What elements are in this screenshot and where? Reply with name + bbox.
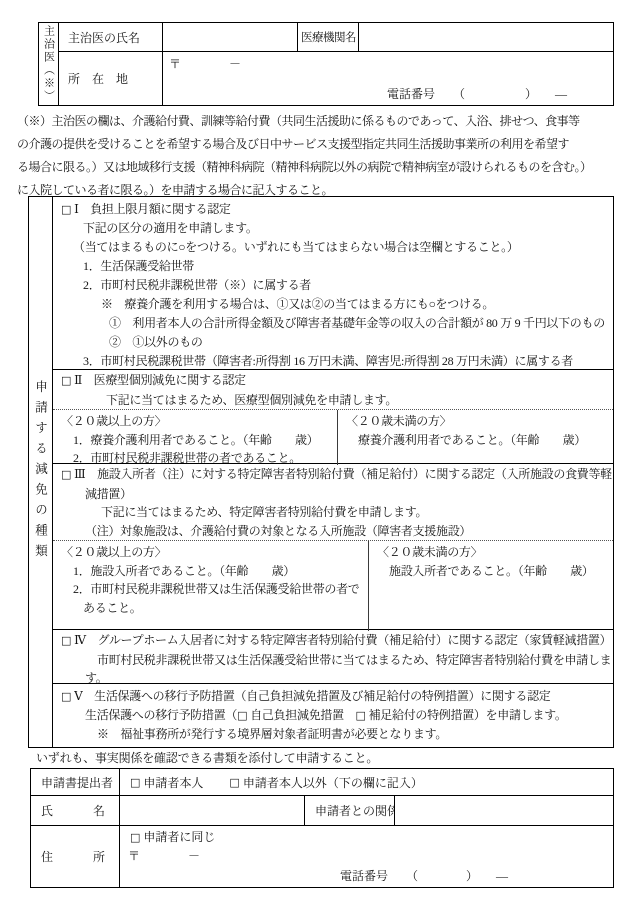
submitter-name-input[interactable] <box>119 795 304 825</box>
section2-title: Ⅱ 医療型個別減免に関する認定 <box>74 373 246 387</box>
submitter-phone-field[interactable]: 電話番号 （ ） ― <box>128 867 613 884</box>
section1-sub-option-2: ② ①以外のもの <box>53 333 613 352</box>
section3-line: 下記に当てはまるため、特定障害者特別給付費を申請します。 <box>53 503 613 522</box>
section5-note: ※ 福祉事務所が発行する境界層対象者証明書が必要となります。 <box>53 725 613 744</box>
doctor-phone-field[interactable]: 電話番号 （ ） ― <box>169 85 613 102</box>
submitter-postal-code-field[interactable]: 〒 － <box>128 847 613 864</box>
section1-line: （当てはまるものに○をつける。いずれにも当てはまらない場合は空欄とすること。） <box>53 238 613 257</box>
medical-institution-label: 医療機関名 <box>297 23 358 51</box>
reduction-side-label: 申請する減免の種類 <box>32 380 50 565</box>
section1-note: ※ 療養介護を利用する場合は、①又は②の当てはまる方にも○をつける。 <box>53 295 613 314</box>
section3-age-columns: 〈２０歳以上の方〉 1．施設入所者であること。（年齢 歳） 2．市町村民税非課税… <box>53 540 613 631</box>
section1-title: Ⅰ 負担上限月額に関する認定 <box>74 202 231 216</box>
section3-under20-column: 〈２０歳未満の方〉 施設入所者であること。（年齢 歳） <box>369 541 613 631</box>
medical-institution-input[interactable] <box>358 23 613 51</box>
section-4-group-home-benefit: □Ⅳ グループホーム入居者に対する特定障害者特別給付費（補足給付）に関する認定（… <box>53 629 613 683</box>
section-2-medical-individual-reduction: □Ⅱ 医療型個別減免に関する認定 下記に当てはまるため、医療型個別減免を申請しま… <box>53 369 613 463</box>
over20-condition-2: 2．市町村民税非課税世帯又は生活保護受給世帯の者で <box>53 580 368 599</box>
section2-line: 下記に当てはまるため、医療型個別減免を申請します。 <box>53 391 613 410</box>
doctor-side-label: 主治医（※） <box>41 25 57 103</box>
relation-input[interactable] <box>394 795 613 825</box>
section1-checkbox[interactable]: □ <box>61 200 71 219</box>
section1-option-1: 1．生活保護受給世帯 <box>53 257 613 276</box>
section1-line: 下記の区分の適用を申請します。 <box>53 219 613 238</box>
submitter-other-checkbox[interactable]: □ <box>229 776 239 789</box>
attachment-instruction: いずれも、事実関係を確認できる書類を添付して申請すること。 <box>36 749 378 766</box>
over20-condition-1: 1．施設入所者であること。（年齢 歳） <box>53 562 368 581</box>
section2-over20-column: 〈２０歳以上の方〉 1．療養介護利用者であること。（年齢 歳） 2．市町村民税非… <box>53 410 338 465</box>
section3-checkbox[interactable]: □ <box>61 466 71 485</box>
submitter-name-label: 氏名 <box>31 795 119 825</box>
under20-condition: 療養介護利用者であること。（年齢 歳） <box>338 431 613 450</box>
doctor-name-input[interactable] <box>162 23 297 51</box>
submitter-address-input[interactable]: □申請者に同じ 〒 － 電話番号 （ ） ― <box>119 825 613 887</box>
under20-condition: 施設入所者であること。（年齢 歳） <box>369 562 613 581</box>
section1-option-2: 2．市町村民税非課税世帯（※）に属する者 <box>53 276 613 295</box>
doctor-postal-code-field[interactable]: 〒 － <box>169 55 613 72</box>
doctor-address-label: 所 在 地 <box>58 51 162 105</box>
relation-label: 申請者との関係 <box>304 795 394 825</box>
over20-heading: 〈２０歳以上の方〉 <box>53 412 337 431</box>
section1-sub-option-1: ① 利用者本人の合計所得金額及び障害者基礎年金等の収入の合計額が 80 万 9 … <box>53 314 613 333</box>
section3-note: （注）対象施設は、介護給付費の対象となる入所施設（障害者支援施設） <box>53 522 613 541</box>
section-3-facility-resident-benefit: □Ⅲ 施設入所者（注）に対する特定障害者特別給付費（補足給付）に関する認定（入所… <box>53 463 613 629</box>
note-line: の介護の提供を受けることを希望する場合及び日中サービス支援型指定共同生活援助事業… <box>17 133 617 156</box>
application-form-page: 主治医（※） 主治医の氏名 医療機関名 所 在 地 〒 － 電話番号 （ ） ―… <box>0 0 630 903</box>
submitter-other-label: 申請者本人以外（下の欄に記入） <box>243 774 423 791</box>
section4-title: Ⅳ グループホーム入居者に対する特定障害者特別給付費（補足給付）に関する認定（家… <box>74 633 611 647</box>
over20-condition-1: 1．療養介護利用者であること。（年齢 歳） <box>53 431 337 450</box>
section5-self-pay-label: 自己負担減免措置 <box>250 708 355 722</box>
doctor-side-label-cell: 主治医（※） <box>39 23 58 105</box>
section2-age-columns: 〈２０歳以上の方〉 1．療養介護利用者であること。（年齢 歳） 2．市町村民税非… <box>53 409 613 465</box>
section-1-monthly-cap: □Ⅰ 負担上限月額に関する認定 下記の区分の適用を申請します。 （当てはまるもの… <box>53 197 613 369</box>
section5-title: Ⅴ 生活保護への移行予防措置（自己負担減免措置及び補足給付の特例措置）に関する認… <box>74 689 550 703</box>
same-as-applicant-label: 申請者に同じ <box>143 830 215 844</box>
submitter-self-label: 申請者本人 <box>143 774 203 791</box>
section5-self-pay-checkbox[interactable]: □ <box>237 706 247 725</box>
note-line: （※）主治医の欄は、介護給付費、訓練等給付費（共同生活援助に係るものであって、入… <box>17 110 617 133</box>
section4-checkbox[interactable]: □ <box>61 632 71 651</box>
same-as-applicant-checkbox[interactable]: □ <box>130 828 140 847</box>
under20-heading: 〈２０歳未満の方〉 <box>338 412 613 431</box>
doctor-address-input[interactable]: 〒 － 電話番号 （ ） ― <box>162 51 613 105</box>
submitter-table: 申請書提出者 □申請者本人 □申請者本人以外（下の欄に記入） 氏名 申請者との関… <box>30 768 614 888</box>
section3-title-wrap: 減措置） <box>53 485 613 504</box>
section2-checkbox[interactable]: □ <box>61 372 71 391</box>
section5-supplement-checkbox[interactable]: □ <box>356 706 366 725</box>
section5-supplement-label: 補足給付の特例措置）を申請します。 <box>369 708 567 722</box>
section2-under20-column: 〈２０歳未満の方〉 療養介護利用者であること。（年齢 歳） <box>338 410 613 465</box>
section4-line: 市町村民税非課税世帯又は生活保護受給世帯に当てはまるため、特定障害者特別給付費を… <box>53 651 613 670</box>
doctor-name-label: 主治医の氏名 <box>58 23 162 51</box>
section3-title: Ⅲ 施設入所者（注）に対する特定障害者特別給付費（補足給付）に関する認定（入所施… <box>74 467 612 481</box>
over20-heading: 〈２０歳以上の方〉 <box>53 543 368 562</box>
note-line: る場合に限る。）又は地域移行支援（精神科病院（精神科病院以外の病院で精神病室が設… <box>17 156 617 179</box>
reduction-type-table: 申請する減免の種類 □Ⅰ 負担上限月額に関する認定 下記の区分の適用を申請します… <box>28 196 614 748</box>
section5-checkbox[interactable]: □ <box>61 687 71 706</box>
submitter-type-options: □申請者本人 □申請者本人以外（下の欄に記入） <box>119 769 613 795</box>
reduction-side-label-cell: 申請する減免の種類 <box>29 197 53 747</box>
submitter-address-label: 住所 <box>31 825 119 887</box>
reduction-sections: □Ⅰ 負担上限月額に関する認定 下記の区分の適用を申請します。 （当てはまるもの… <box>53 197 613 747</box>
over20-condition-2-wrap: あること。 <box>53 599 368 618</box>
submitter-self-checkbox[interactable]: □ <box>130 776 140 789</box>
doctor-table: 主治医（※） 主治医の氏名 医療機関名 所 在 地 〒 － 電話番号 （ ） ― <box>38 22 614 106</box>
under20-heading: 〈２０歳未満の方〉 <box>369 543 613 562</box>
doctor-column-note: （※）主治医の欄は、介護給付費、訓練等給付費（共同生活援助に係るものであって、入… <box>17 110 617 202</box>
section1-option-3: 3．市町村民税課税世帯（障害者:所得割 16 万円未満、障害児:所得割 28 万… <box>53 352 613 371</box>
section3-over20-column: 〈２０歳以上の方〉 1．施設入所者であること。（年齢 歳） 2．市町村民税非課税… <box>53 541 369 631</box>
submitter-label: 申請書提出者 <box>31 769 119 795</box>
section-5-welfare-transition-prevention: □Ⅴ 生活保護への移行予防措置（自己負担減免措置及び補足給付の特例措置）に関する… <box>53 683 613 747</box>
section5-line-pre: 生活保護への移行予防措置（ <box>85 708 237 722</box>
